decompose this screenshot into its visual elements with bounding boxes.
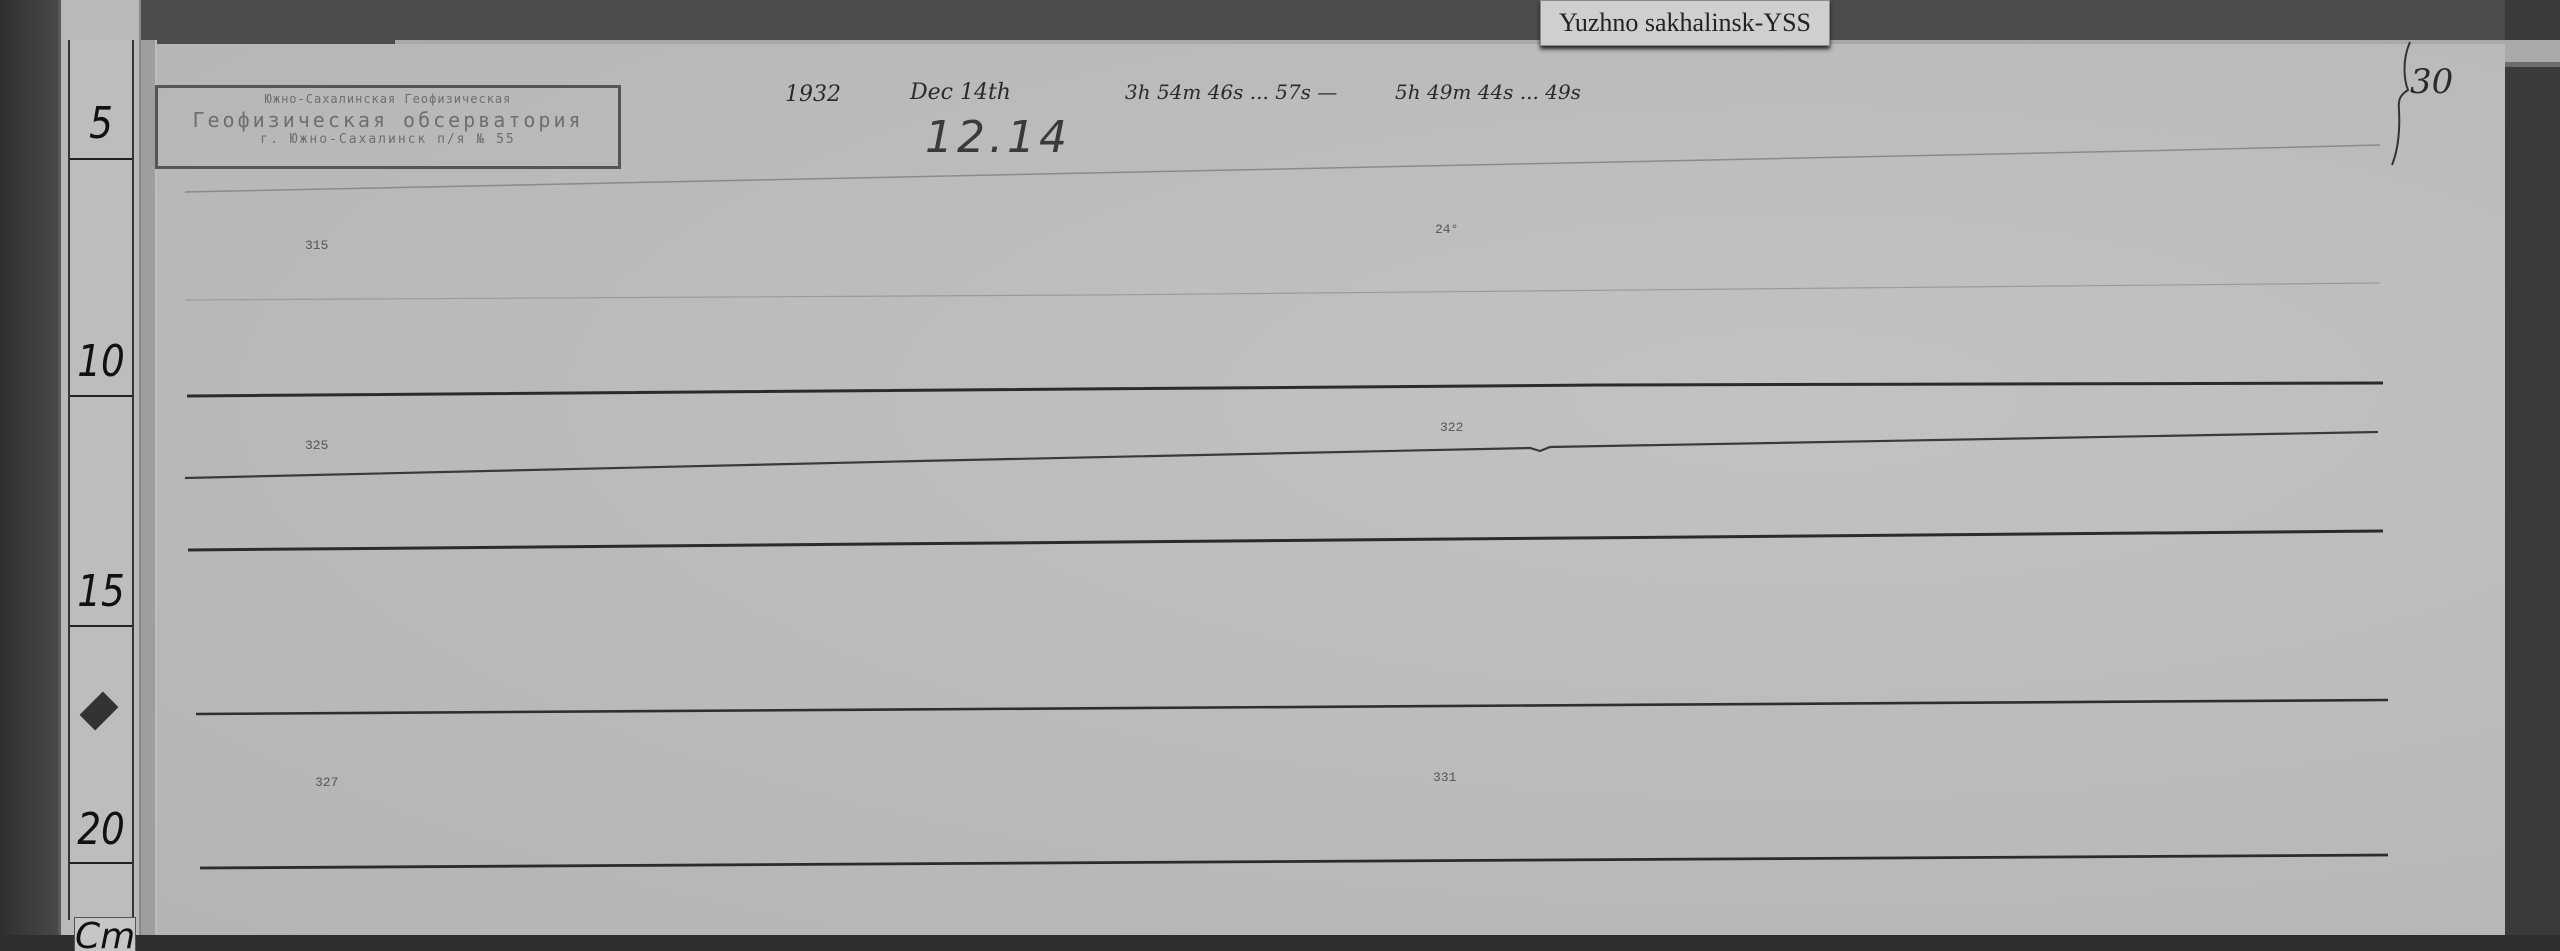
faint-trace (185, 283, 2380, 300)
faint-trace (185, 145, 2380, 192)
trace-line (196, 700, 2388, 714)
trace-line (200, 855, 2388, 868)
trace-line (187, 383, 2383, 396)
seismogram-traces (0, 0, 2560, 951)
trace-line (185, 432, 2378, 478)
trace-line (188, 531, 2383, 550)
